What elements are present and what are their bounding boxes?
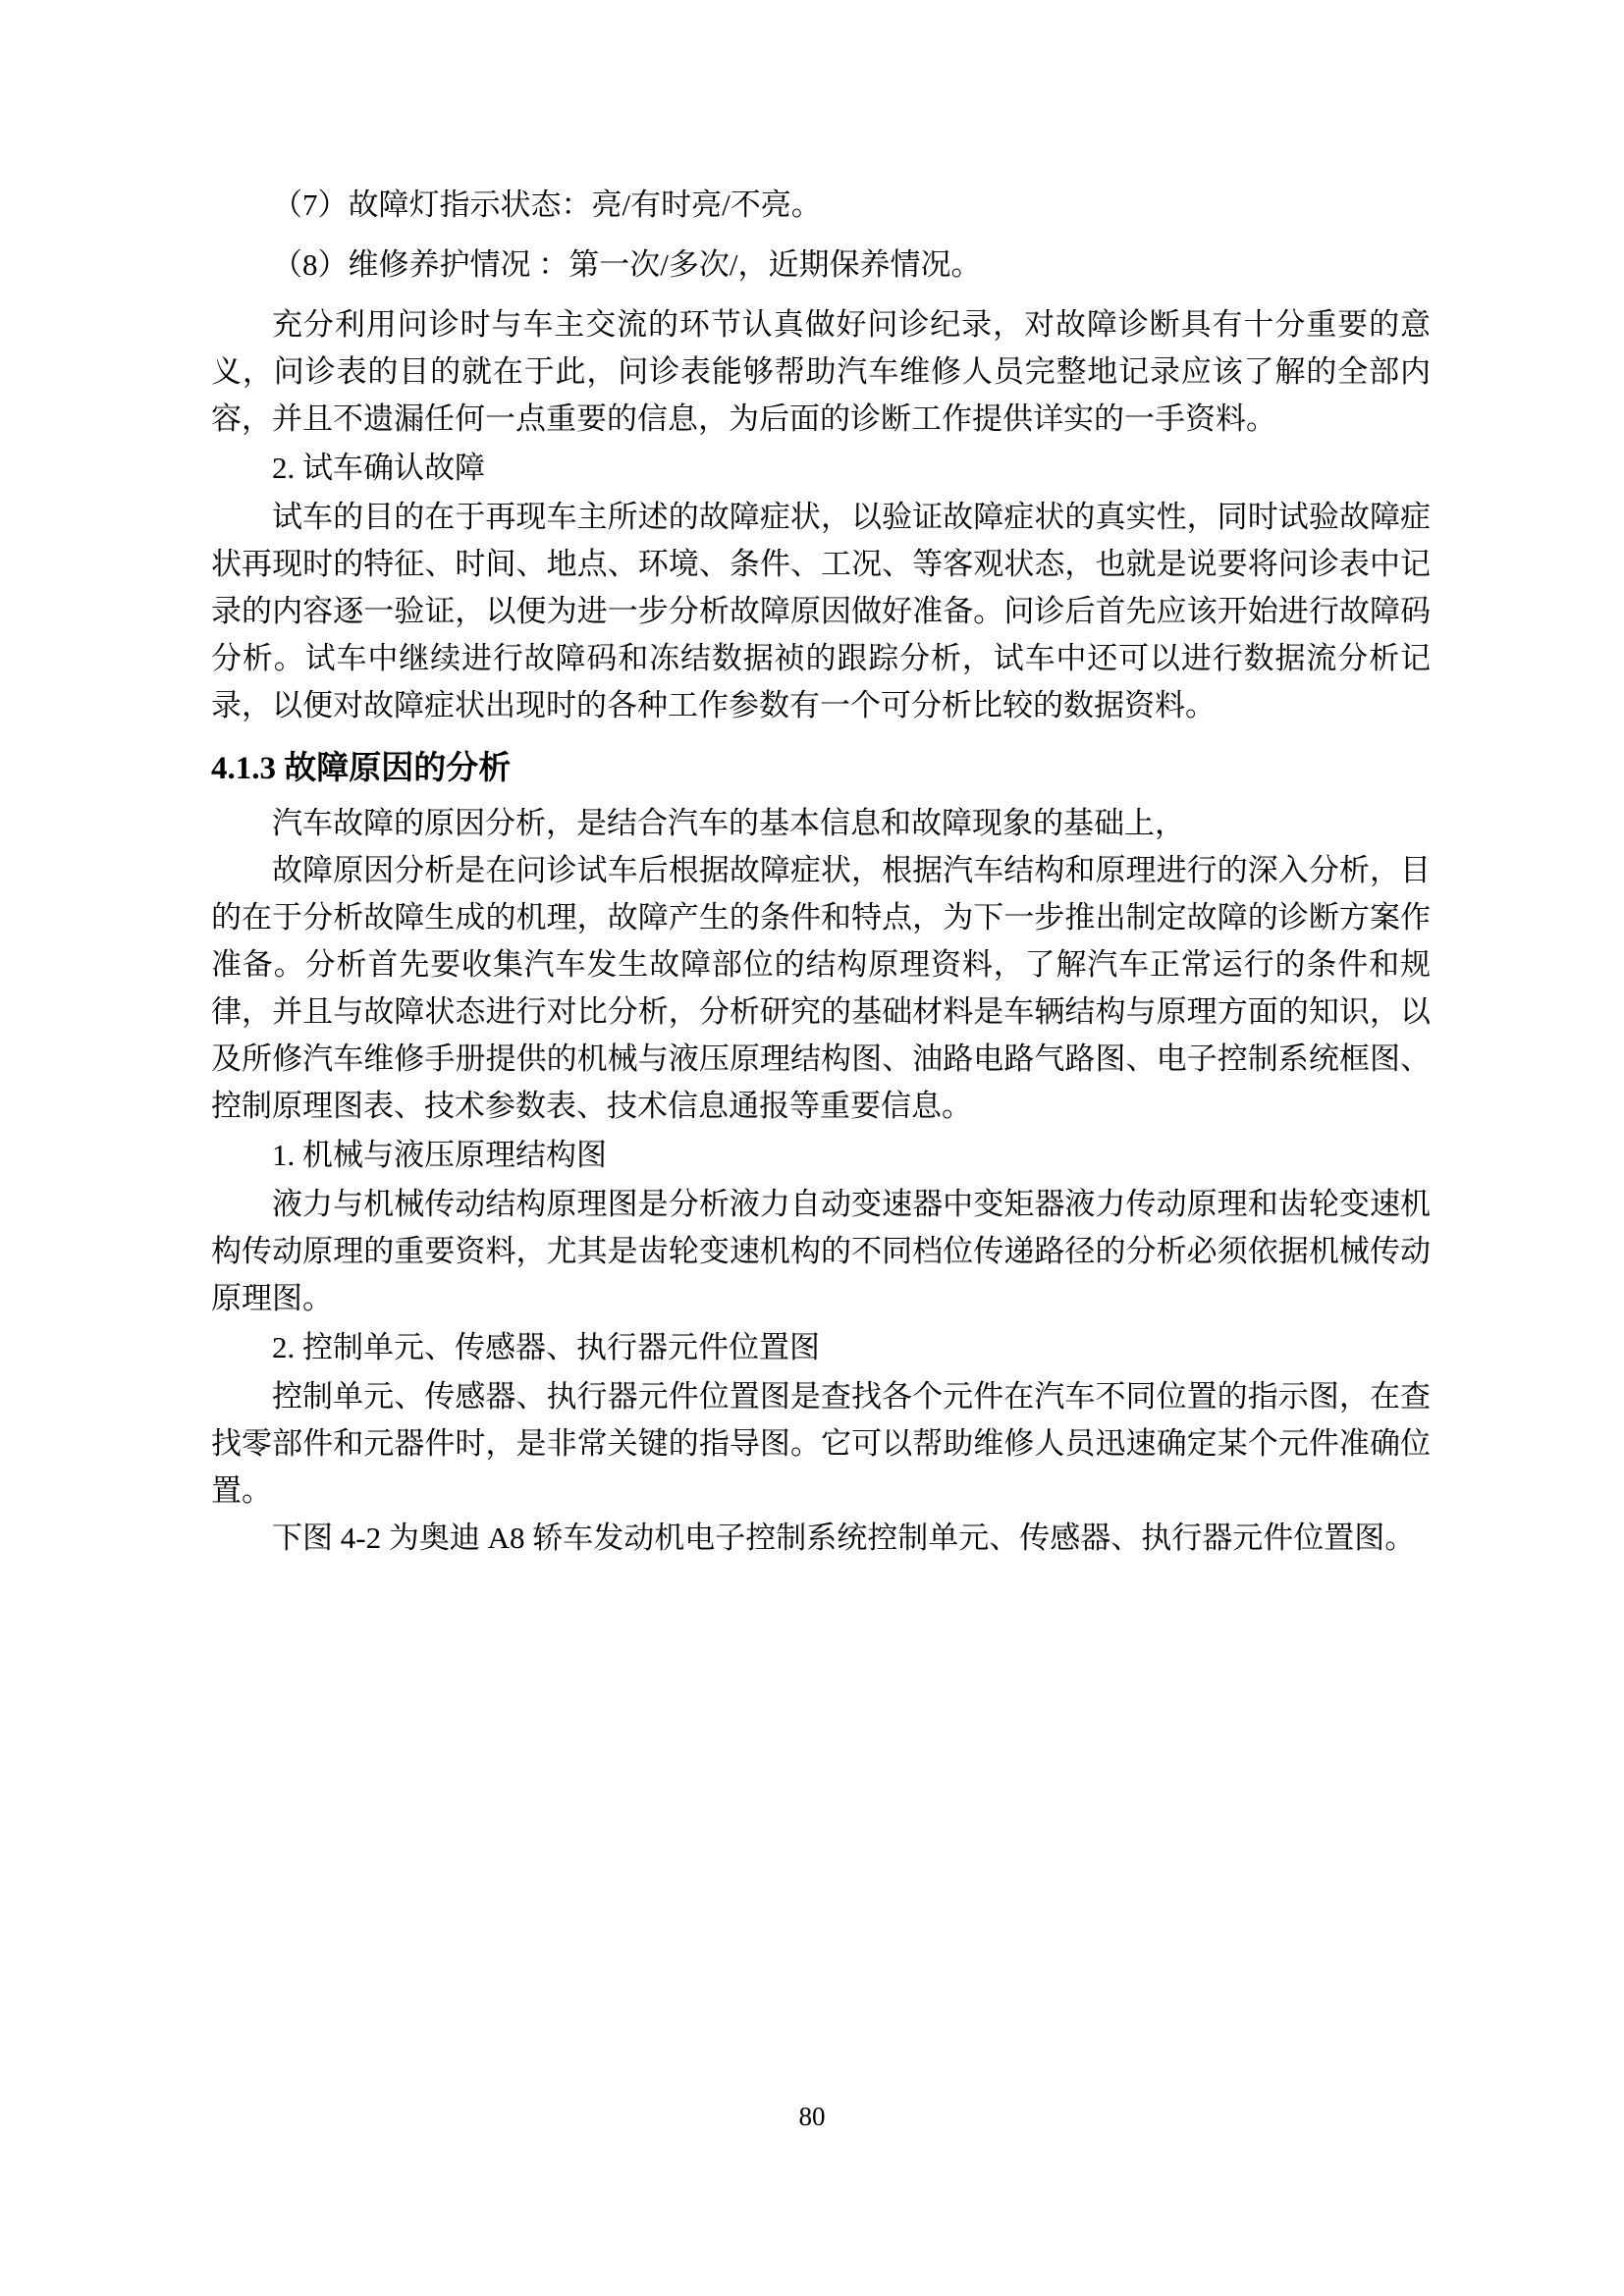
page-number: 80 <box>0 2101 1624 2132</box>
paragraph-test-drive: 试车的目的在于再现车主所述的故障症状，以验证故障症状的真实性，同时试验故障症状再… <box>211 494 1431 729</box>
numbered-item-test-drive: 2. 试车确认故障 <box>211 445 1431 492</box>
paragraph-interview-record: 充分利用问诊时与车主交流的环节认真做好问诊纪录，对故障诊断具有十分重要的意义，问… <box>211 301 1431 443</box>
list-item-7: （7）故障灯指示状态：亮/有时亮/不亮。 <box>211 182 1431 229</box>
paragraph-figure-reference: 下图 4-2 为奥迪 A8 轿车发动机电子控制系统控制单元、传感器、执行器元件位… <box>211 1515 1431 1562</box>
document-page: （7）故障灯指示状态：亮/有时亮/不亮。 （8）维修养护情况 ：第一次/多次/，… <box>0 0 1624 2296</box>
paragraph-mechanical-hydraulic: 液力与机械传动结构原理图是分析液力自动变速器中变矩器液力传动原理和齿轮变速机构传… <box>211 1181 1431 1322</box>
page-content: （7）故障灯指示状态：亮/有时亮/不亮。 （8）维修养护情况 ：第一次/多次/，… <box>211 182 1431 1562</box>
numbered-item-mechanical-hydraulic: 1. 机械与液压原理结构图 <box>211 1132 1431 1179</box>
numbered-item-component-location: 2. 控制单元、传感器、执行器元件位置图 <box>211 1324 1431 1371</box>
paragraph-cause-analysis: 故障原因分析是在问诊试车后根据故障症状，根据汽车结构和原理进行的深入分析，目的在… <box>211 847 1431 1130</box>
paragraph-component-location: 控制单元、传感器、执行器元件位置图是查找各个元件在汽车不同位置的指示图，在查找零… <box>211 1373 1431 1515</box>
section-heading-4-1-3: 4.1.3 故障原因的分析 <box>211 745 1431 792</box>
list-item-8: （8）维修养护情况 ：第一次/多次/，近期保养情况。 <box>211 241 1431 289</box>
paragraph-cause-intro: 汽车故障的原因分析，是结合汽车的基本信息和故障现象的基础上， <box>211 800 1431 847</box>
